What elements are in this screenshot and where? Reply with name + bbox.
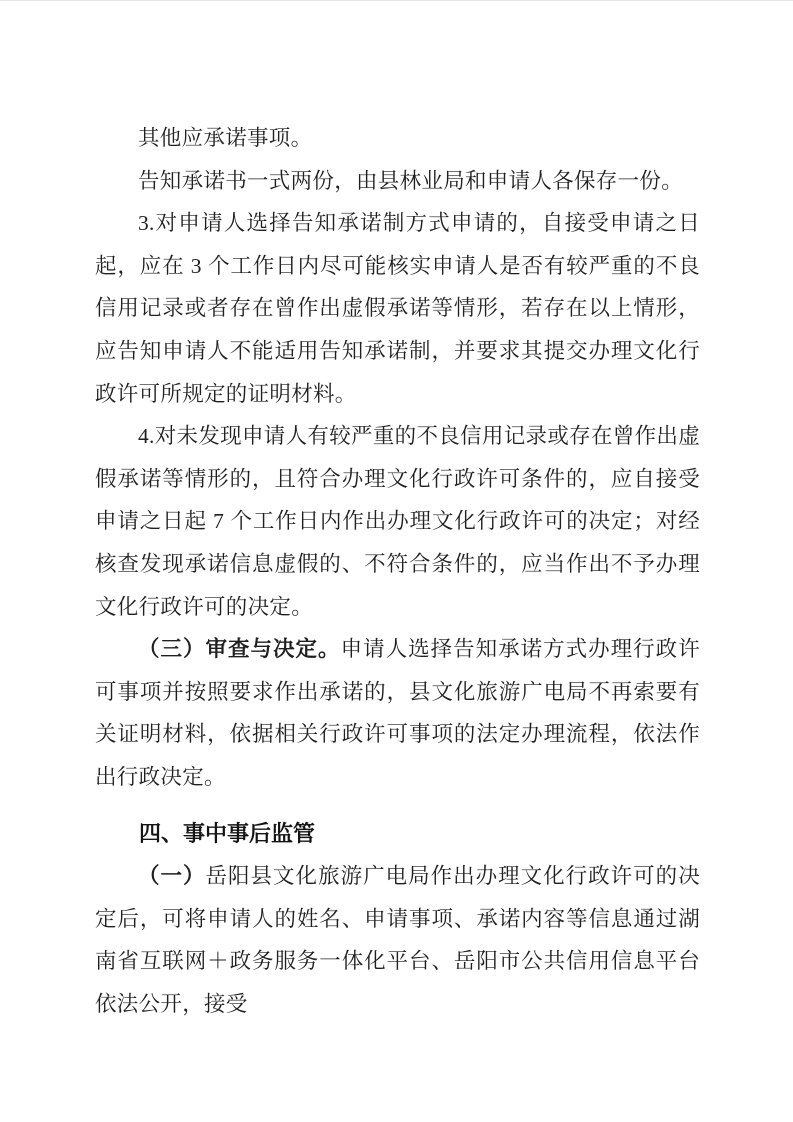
paragraph-review-decision: （三）审查与决定。申请人选择告知承诺方式办理行政许可事项并按照要求作出承诺的，县… [95,628,700,798]
paragraph-text: 4.对未发现申请人有较严重的不良信用记录或存在曾作出虚假承诺等情形的，且符合办理… [95,424,700,618]
paragraph-disclosure: （一）岳阳县文化旅游广电局作出办理文化行政许可的决定后，可将申请人的姓名、申请事… [95,855,700,1025]
paragraph-item-3: 3.对申请人选择告知承诺制方式申请的，自接受申请之日起，应在 3 个工作日内尽可… [95,202,700,415]
paragraph-commitment-copies: 告知承诺书一式两份，由县林业局和申请人各保存一份。 [95,160,700,203]
paragraph-text: 其他应承诺事项。 [138,126,312,150]
paragraph-bold-lead: （一） [138,864,206,888]
paragraph-bold-lead: （三）审查与决定。 [138,637,341,661]
paragraph-item-4: 4.对未发现申请人有较严重的不良信用记录或存在曾作出虚假承诺等情形的，且符合办理… [95,415,700,628]
paragraph-text: 告知承诺书一式两份，由县林业局和申请人各保存一份。 [138,169,683,193]
paragraph-other-commitments: 其他应承诺事项。 [95,117,700,160]
paragraph-text: 3.对申请人选择告知承诺制方式申请的，自接受申请之日起，应在 3 个工作日内尽可… [95,211,700,405]
document-page: 其他应承诺事项。 告知承诺书一式两份，由县林业局和申请人各保存一份。 3.对申请… [0,0,793,1122]
section-heading-supervision: 四、事中事后监管 [95,813,700,856]
